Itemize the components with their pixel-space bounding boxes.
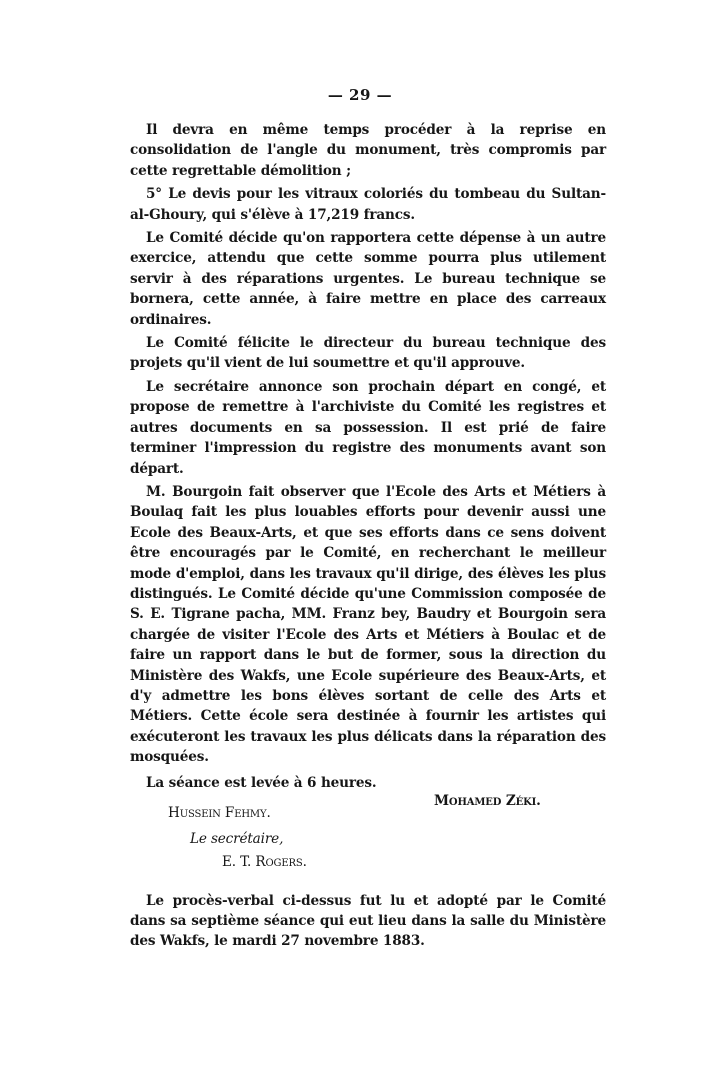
paragraph-comite-felicite: Le Comité félicite le directeur du burea… — [130, 333, 606, 374]
closing-signatures: La séance est levée à 6 heures. Mohamed … — [130, 773, 606, 891]
paragraph-consolidation: Il devra en même temps procéder à la rep… — [130, 120, 606, 181]
seance-levee: La séance est levée à 6 heures. — [146, 773, 377, 793]
text-column: Il devra en même temps procéder à la rep… — [130, 120, 606, 952]
signatory-mohamed-zeki: Mohamed Zéki. — [434, 791, 541, 811]
secretary-name: E. T. Rogers. — [222, 852, 307, 872]
secretary-title: Le secrétaire, — [190, 829, 283, 849]
paragraph-secretaire-conge: Le secrétaire annonce son prochain dépar… — [130, 377, 606, 479]
document-page: — 29 — Il devra en même temps procéder à… — [0, 0, 720, 1079]
paragraph-bourgoin-ecole: M. Bourgoin fait observer que l'Ecole de… — [130, 482, 606, 768]
page-number: — 29 — — [0, 86, 720, 104]
paragraph-proces-verbal: Le procès-verbal ci-dessus fut lu et ado… — [130, 891, 606, 952]
paragraph-devis-vitraux: 5° Le devis pour les vitraux coloriés du… — [130, 184, 606, 225]
signatory-hussein-fehmy: Hussein Fehmy. — [168, 803, 271, 823]
paragraph-comite-decide: Le Comité décide qu'on rapportera cette … — [130, 228, 606, 330]
